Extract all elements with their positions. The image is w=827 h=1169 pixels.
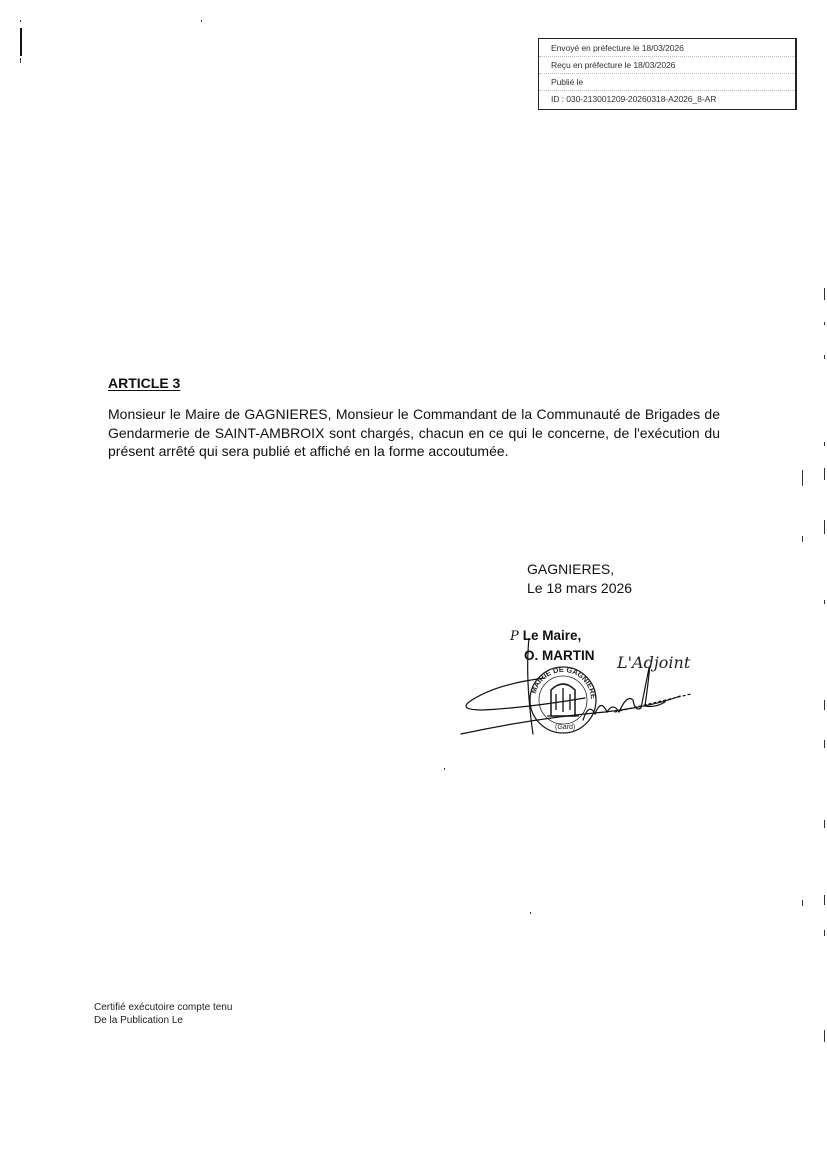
scan-speck xyxy=(824,322,825,325)
article-title: ARTICLE 3 xyxy=(108,375,180,391)
scan-speck xyxy=(20,20,21,22)
scan-speck xyxy=(824,1030,825,1042)
scan-speck xyxy=(824,820,825,828)
stamp-sent-line: Envoyé en préfecture le 18/03/2026 xyxy=(551,43,684,53)
scan-speck xyxy=(824,442,825,446)
stamp-published-line: Publié le xyxy=(551,77,583,87)
svg-text:MAIRIE DE GAGNIERES: MAIRIE DE GAGNIERES xyxy=(455,638,598,699)
prefecture-stamp: Envoyé en préfecture le 18/03/2026 Reçu … xyxy=(538,38,797,110)
stamp-received-line: Reçu en préfecture le 18/03/2026 xyxy=(551,60,675,70)
scan-speck xyxy=(802,536,803,542)
stamp-separator xyxy=(539,73,795,74)
svg-text:(Gard): (Gard) xyxy=(555,724,575,731)
scan-speck xyxy=(824,930,825,936)
scan-speck xyxy=(824,740,825,748)
certification-line-1: Certifié exécutoire compte tenu xyxy=(94,1001,232,1014)
certification-line-2: De la Publication Le xyxy=(94,1014,232,1027)
stamp-separator xyxy=(539,90,795,91)
scan-speck xyxy=(824,700,825,710)
scan-speck xyxy=(824,895,825,905)
stamp-id-line: ID : 030-213001209-20260318-A2026_8-AR xyxy=(551,94,716,104)
scan-speck xyxy=(802,900,803,906)
scan-speck xyxy=(444,768,445,770)
signature-place: GAGNIERES, xyxy=(527,560,632,579)
scan-speck xyxy=(530,912,531,914)
scan-speck xyxy=(824,520,825,534)
stamp-separator xyxy=(539,56,795,57)
signature-and-seal: MAIRIE DE GAGNIERES (Gard) L'Adjoint xyxy=(455,638,695,743)
scan-speck xyxy=(802,470,803,486)
scan-speck xyxy=(824,600,825,604)
handwritten-name: L'Adjoint xyxy=(616,653,691,672)
scan-speck xyxy=(824,355,825,359)
official-seal-icon: MAIRIE DE GAGNIERES (Gard) xyxy=(455,638,598,733)
scan-speck xyxy=(824,468,825,480)
signature-date: Le 18 mars 2026 xyxy=(527,579,632,598)
scan-edge-mark xyxy=(20,28,22,56)
scan-speck xyxy=(824,288,825,300)
scan-speck xyxy=(20,58,21,63)
place-date-block: GAGNIERES, Le 18 mars 2026 xyxy=(527,560,632,598)
certification-block: Certifié exécutoire compte tenu De la Pu… xyxy=(94,1001,232,1027)
scan-speck xyxy=(201,20,202,22)
article-body: Monsieur le Maire de GAGNIERES, Monsieur… xyxy=(108,405,720,461)
